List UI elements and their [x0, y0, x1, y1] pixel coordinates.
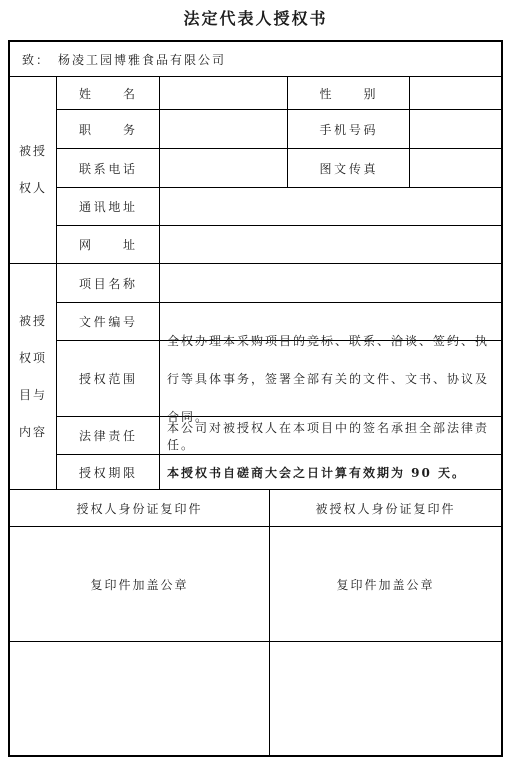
field-value-legal-liability: 本公司对被授权人在本项目中的签名承担全部法律责任。 — [160, 417, 501, 455]
recipient-row: 致： 杨凌工园博雅食品有限公司 — [10, 42, 501, 76]
recipient-company: 杨凌工园博雅食品有限公司 — [58, 51, 226, 68]
field-label-fax: 图文传真 — [288, 149, 410, 188]
field-value-gender — [410, 77, 501, 110]
field-label-doc-number: 文件编号 — [57, 303, 160, 341]
group-label-project-content: 被授 权项 目与 内容 — [10, 264, 57, 489]
field-label-gender: 性别 — [288, 77, 410, 110]
empty-cell-authorizer — [10, 642, 270, 755]
header-authorized-id-copy: 被授权人身份证复印件 — [270, 490, 501, 527]
group-label-authorized-person: 被授 权人 — [10, 77, 57, 263]
field-label-name: 姓名 — [57, 77, 160, 110]
stamp-note-authorizer: 复印件加盖公章 — [10, 527, 270, 642]
field-value-authorization-period: 本授权书自磋商大会之日计算有效期为 90 天。 — [160, 455, 501, 489]
field-value-phone — [160, 149, 288, 188]
field-value-fax — [410, 149, 501, 188]
field-value-address — [160, 188, 501, 226]
authorization-form-table: 致： 杨凌工园博雅食品有限公司 被授 权人 姓名 性别 职务 手机号码 联系电话… — [8, 40, 503, 757]
field-value-position — [160, 110, 288, 149]
field-value-mobile — [410, 110, 501, 149]
authorized-person-section: 被授 权人 姓名 性别 职务 手机号码 联系电话 图文传真 通讯地址 网址 — [10, 76, 501, 263]
field-label-address: 通讯地址 — [57, 188, 160, 226]
field-value-website — [160, 226, 501, 263]
stamp-note-authorized: 复印件加盖公章 — [270, 527, 501, 642]
field-label-authorization-scope: 授权范围 — [57, 341, 160, 417]
recipient-prefix: 致： — [22, 51, 50, 68]
field-label-position: 职务 — [57, 110, 160, 149]
field-value-authorization-scope: 全权办理本采购项目的竞标、联系、洽谈、签约、执行等具体事务，签署全部有关的文件、… — [160, 341, 501, 417]
field-label-website: 网址 — [57, 226, 160, 263]
project-content-section: 被授 权项 目与 内容 项目名称 文件编号 授权范围 全权办理本采购项目的竞标、… — [10, 263, 501, 489]
page-title: 法定代表人授权书 — [0, 6, 511, 32]
field-label-phone: 联系电话 — [57, 149, 160, 188]
field-label-authorization-period: 授权期限 — [57, 455, 160, 489]
header-authorizer-id-copy: 授权人身份证复印件 — [10, 490, 270, 527]
field-label-mobile: 手机号码 — [288, 110, 410, 149]
field-label-project-name: 项目名称 — [57, 264, 160, 303]
empty-cell-authorized — [270, 642, 501, 755]
field-label-legal-liability: 法律责任 — [57, 417, 160, 455]
field-value-name — [160, 77, 288, 110]
id-copy-section: 授权人身份证复印件 被授权人身份证复印件 复印件加盖公章 复印件加盖公章 — [10, 489, 501, 755]
field-value-project-name — [160, 264, 501, 303]
